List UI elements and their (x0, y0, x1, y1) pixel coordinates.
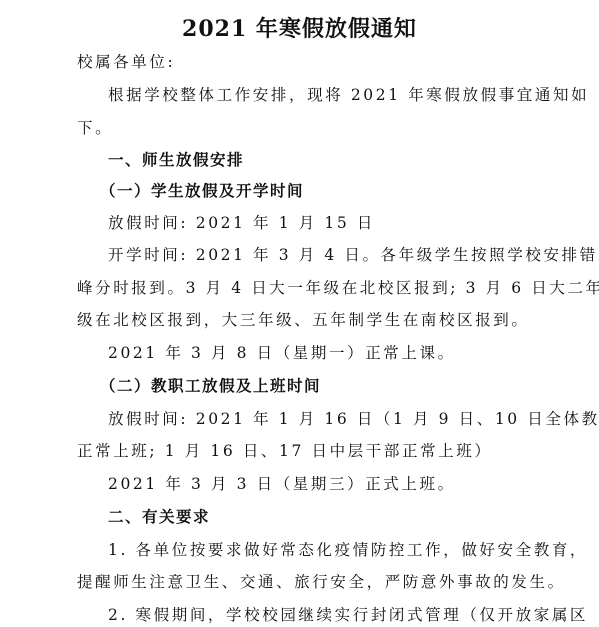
intro-line-2: 下。 (77, 118, 113, 138)
student-start-line-1: 开学时间: 2021 年 3 月 4 日。各年级学生按照学校安排错 (108, 245, 598, 265)
subsection-2-heading: （二）教职工放假及上班时间 (100, 376, 321, 396)
salutation: 校属各单位: (77, 52, 175, 72)
staff-work-start: 2021 年 3 月 3 日（星期三）正式上班。 (108, 474, 456, 494)
subsection-1-heading: （一）学生放假及开学时间 (100, 181, 304, 201)
document-title: 2021 年寒假放假通知 (0, 12, 599, 43)
requirement-2-line-1: 2. 寒假期间，学校校园继续实行封闭式管理（仅开放家属区 (108, 605, 588, 625)
student-start-line-3: 级在北校区报到，大三年级、五年制学生在南校区报到。 (77, 310, 530, 330)
section-1-heading: 一、师生放假安排 (108, 150, 244, 170)
student-holiday-time: 放假时间: 2021 年 1 月 15 日 (108, 213, 375, 233)
requirement-1-line-2: 提醒师生注意卫生、交通、旅行安全，严防意外事故的发生。 (77, 572, 566, 592)
requirement-1-line-1: 1. 各单位按要求做好常态化疫情防控工作，做好安全教育， (108, 540, 588, 560)
student-start-line-2: 峰分时报到。3 月 4 日大一年级在北校区报到; 3 月 6 日大二年 (77, 278, 599, 298)
classes-start: 2021 年 3 月 8 日（星期一）正常上课。 (108, 343, 456, 363)
section-2-heading: 二、有关要求 (108, 507, 210, 527)
intro-line-1: 根据学校整体工作安排，现将 2021 年寒假放假事宜通知如 (108, 85, 589, 105)
staff-holiday-line-2: 正常上班; 1 月 16 日、17 日中层干部正常上班） (77, 441, 492, 461)
staff-holiday-line-1: 放假时间: 2021 年 1 月 16 日（1 月 9 日、10 日全体教职工 (108, 409, 599, 429)
